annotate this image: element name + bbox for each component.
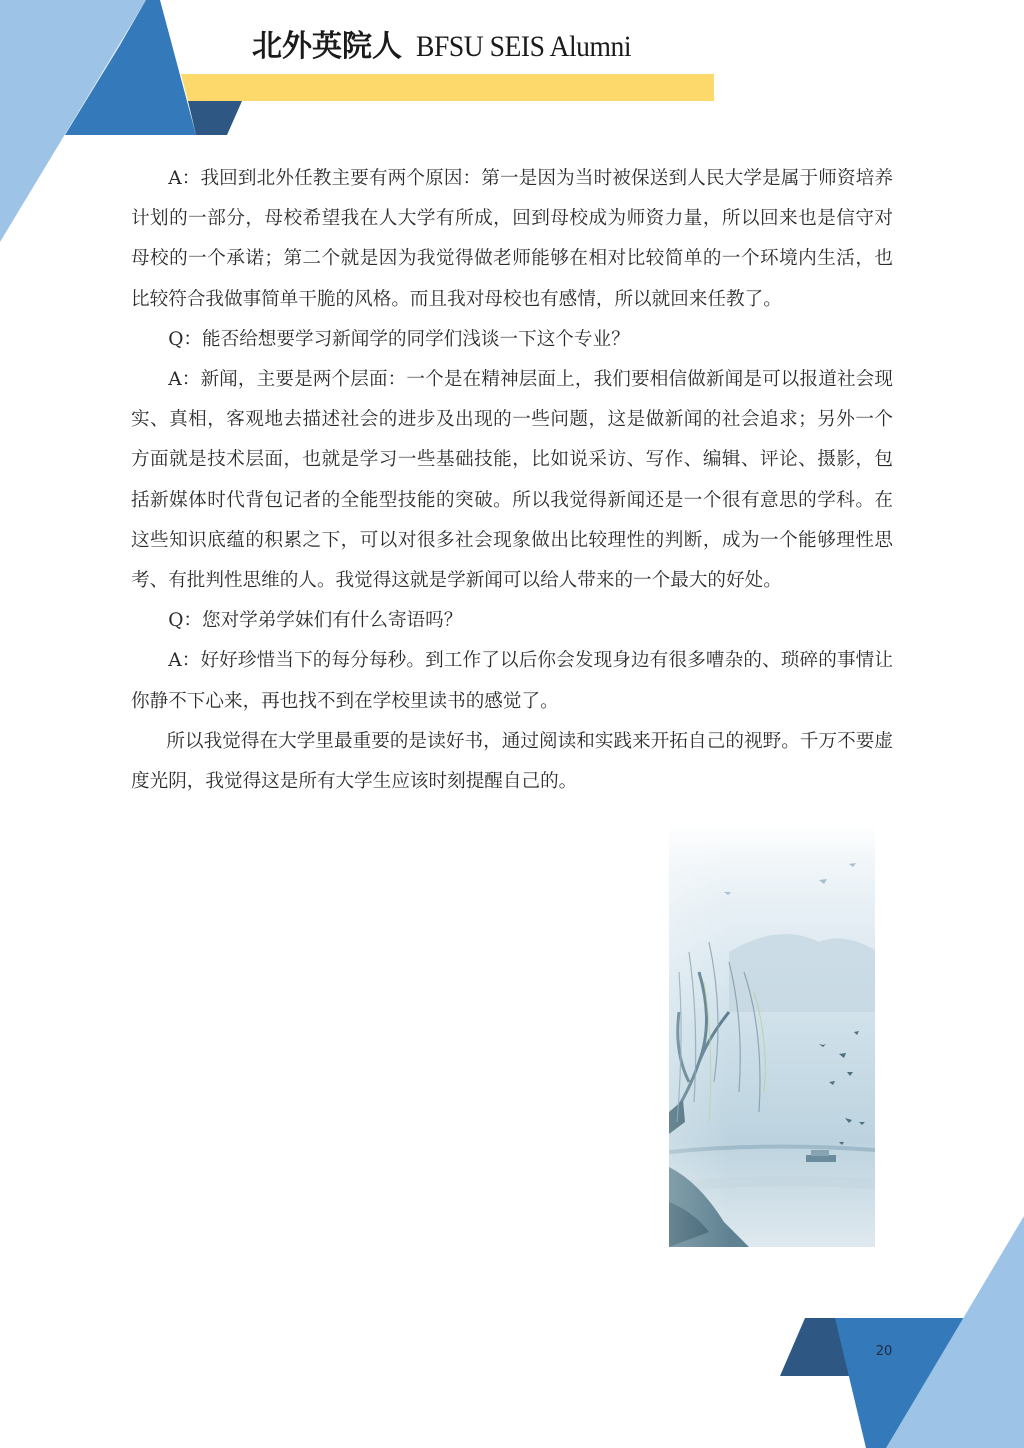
question-paragraph: Q：您对学弟学妹们有什么寄语吗？ [131,601,893,641]
top-left-dark-trapezoid [188,101,242,135]
answer-paragraph: A：好好珍惜当下的每分每秒。到工作了以后你会发现身边有很多嘈杂的、琐碎的事情让你… [131,641,893,721]
header-title-en: BFSU SEIS Alumni [416,24,631,70]
ink-landscape-illustration [669,822,875,1247]
page-number: 20 [862,1344,906,1359]
bottom-right-dark-parallelogram [780,1318,850,1376]
answer-continuation-paragraph: 所以我觉得在大学里最重要的是读好书，通过阅读和实践来开拓自己的视野。千万不要虚度… [131,722,893,802]
question-paragraph: Q：能否给想要学习新闻学的同学们浅谈一下这个专业？ [131,320,893,360]
header-yellow-bar [181,74,714,101]
header-title-cn: 北外英院人 [252,30,402,63]
answer-paragraph: A：我回到北外任教主要有两个原因：第一是因为当时被保送到人民大学是属于师资培养计… [131,159,893,320]
page-header-title: 北外英院人BFSU SEIS Alumni [252,24,650,70]
bottom-right-light-triangle [886,1216,1024,1448]
answer-paragraph: A：新闻，主要是两个层面：一个是在精神层面上，我们要相信做新闻是可以报道社会现实… [131,360,893,601]
bottom-right-mid-shape [835,1318,964,1448]
top-left-light-triangle [0,0,146,242]
article-body: A：我回到北外任教主要有两个原因：第一是因为当时被保送到人民大学是属于师资培养计… [131,159,893,802]
top-left-mid-triangle [65,0,196,135]
